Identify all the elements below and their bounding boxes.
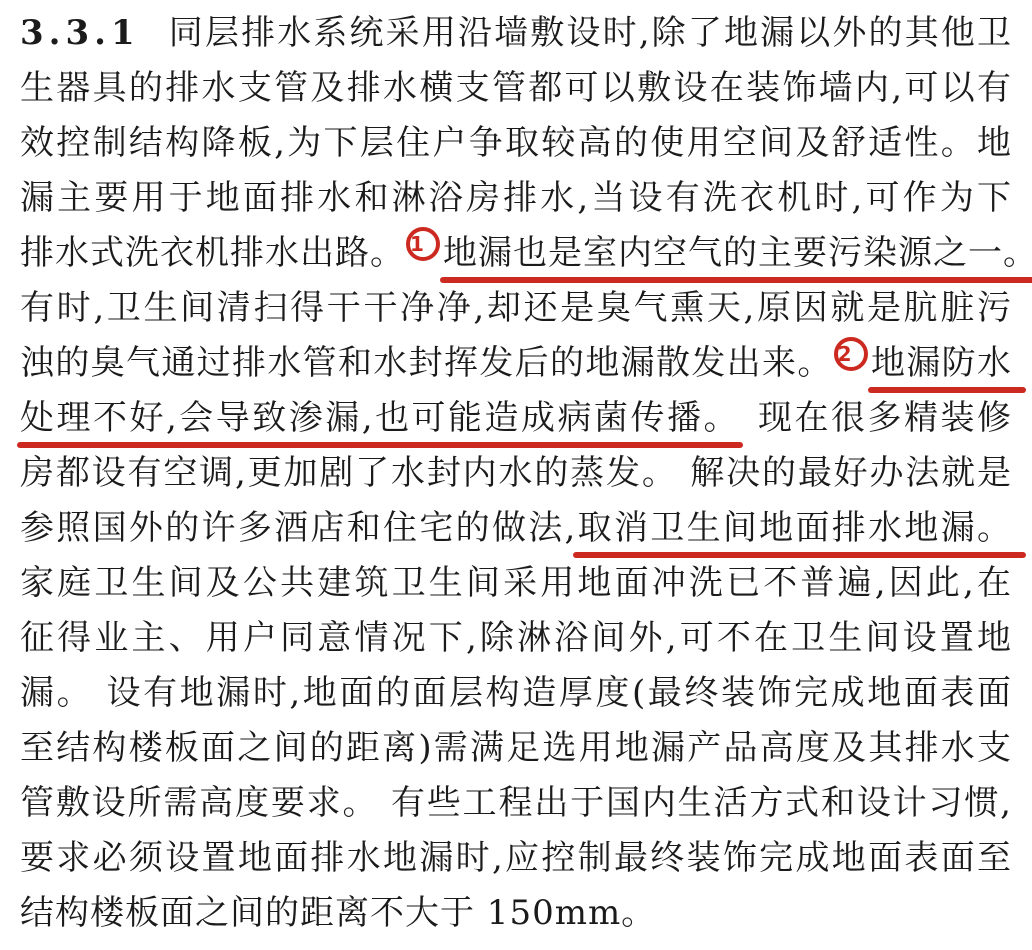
text-line-9: 房都设有空调,更加剧了水封内水的蒸发。 解决的最好办法就是: [20, 446, 1012, 501]
text-segment: 参照国外的许多酒店和住宅的做法,: [20, 508, 576, 548]
document-page: 3.3.1同层排水系统采用沿墙敷设时,除了地漏以外的其他卫 生器具的排水支管及排…: [0, 0, 1032, 950]
text-line-10: 参照国外的许多酒店和住宅的做法,取消卫生间地面排水地漏。: [20, 501, 1012, 556]
text-line-12: 征得业主、用户同意情况下,除淋浴间外,可不在卫生间设置地: [20, 611, 1012, 666]
text-segment: 征得业主、用户同意情况下,除淋浴间外,可不在卫生间设置地: [20, 618, 1012, 658]
text-line-11: 家庭卫生间及公共建筑卫生间采用地面冲洗已不普遍,因此,在: [20, 556, 1012, 611]
text-line-15: 管敷设所需高度要求。 有些工程出于国内生活方式和设计习惯,: [20, 776, 1012, 831]
text-segment: 漏。 设有地漏时,地面的面层构造厚度(最终装饰完成地面表面: [20, 673, 1012, 713]
underlined-text-2a: 地漏防水: [871, 343, 1012, 383]
text-line-2: 生器具的排水支管及排水横支管都可以敷设在装饰墙内,可以有: [20, 61, 1012, 116]
text-segment: 生器具的排水支管及排水横支管都可以敷设在装饰墙内,可以有: [20, 68, 1012, 108]
underlined-text-3: 取消卫生间地面排水地漏。: [576, 508, 1012, 548]
text-segment: 至结构楼板面之间的距离)需满足选用地漏产品高度及其排水支: [20, 728, 1012, 768]
text-segment: 结构楼板面之间的距离不大于 150mm。: [20, 893, 656, 933]
annotation-circle-1: 1: [406, 227, 440, 261]
text-line-6: 有时,卫生间清扫得干干净净,却还是臭气熏天,原因就是肮脏污: [20, 281, 1012, 336]
text-line-5: 排水式洗衣机排水出路。1地漏也是室内空气的主要污染源之一。: [20, 226, 1012, 281]
text-segment: 排水式洗衣机排水出路。: [20, 233, 405, 273]
text-line-16: 要求必须设置地面排水地漏时,应控制最终装饰完成地面表面至: [20, 831, 1012, 886]
text-segment: 现在很多精装修: [758, 398, 1012, 438]
annotation-circle-2: 2: [834, 337, 868, 371]
text-segment: 漏主要用于地面排水和淋浴房排水,当设有洗衣机时,可作为下: [20, 178, 1012, 218]
text-line-7: 浊的臭气通过排水管和水封挥发后的地漏散发出来。2地漏防水: [20, 336, 1012, 391]
text-line-13: 漏。 设有地漏时,地面的面层构造厚度(最终装饰完成地面表面: [20, 666, 1012, 721]
text-line-17: 结构楼板面之间的距离不大于 150mm。: [20, 886, 1012, 941]
section-number: 3.3.1: [20, 13, 140, 53]
text-segment: 家庭卫生间及公共建筑卫生间采用地面冲洗已不普遍,因此,在: [20, 563, 1012, 603]
text-segment: 浊的臭气通过排水管和水封挥发后的地漏散发出来。: [20, 343, 833, 383]
text-segment: 要求必须设置地面排水地漏时,应控制最终装饰完成地面表面至: [20, 838, 1012, 878]
text-segment: 有时,卫生间清扫得干干净净,却还是臭气熏天,原因就是肮脏污: [20, 288, 1012, 328]
text-line-8: 处理不好,会导致渗漏,也可能造成病菌传播。现在很多精装修: [20, 391, 1012, 446]
text-line-1: 3.3.1同层排水系统采用沿墙敷设时,除了地漏以外的其他卫: [20, 6, 1012, 61]
text-line-3: 效控制结构降板,为下层住户争取较高的使用空间及舒适性。地: [20, 116, 1012, 171]
text-line-4: 漏主要用于地面排水和淋浴房排水,当设有洗衣机时,可作为下: [20, 171, 1012, 226]
text-segment: 效控制结构降板,为下层住户争取较高的使用空间及舒适性。地: [20, 123, 1012, 163]
text-segment: 同层排水系统采用沿墙敷设时,除了地漏以外的其他卫: [168, 13, 1012, 53]
text-line-14: 至结构楼板面之间的距离)需满足选用地漏产品高度及其排水支: [20, 721, 1012, 776]
text-segment: 管敷设所需高度要求。 有些工程出于国内生活方式和设计习惯,: [20, 783, 1012, 823]
text-segment: 房都设有空调,更加剧了水封内水的蒸发。 解决的最好办法就是: [20, 453, 1012, 493]
underlined-text-1: 地漏也是室内空气的主要污染源之一。: [443, 233, 1032, 273]
underlined-text-2b: 处理不好,会导致渗漏,也可能造成病菌传播。: [20, 398, 740, 438]
